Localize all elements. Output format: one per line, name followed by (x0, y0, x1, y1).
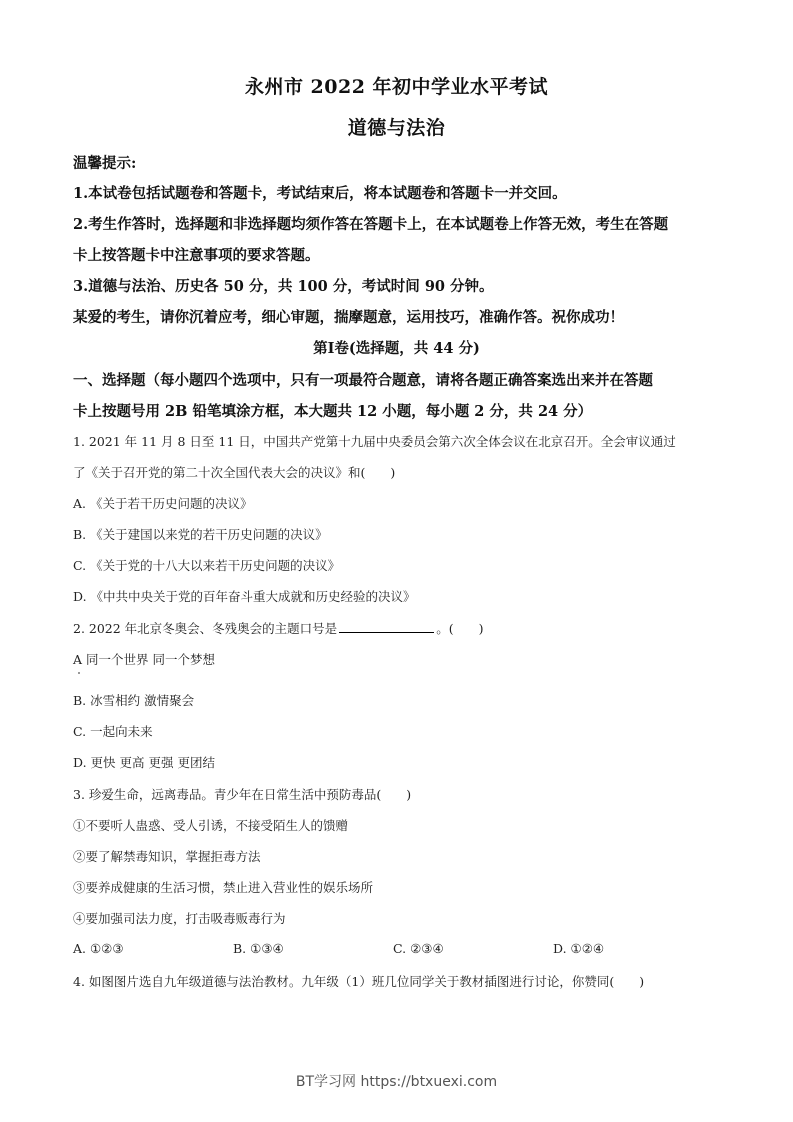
footer-watermark: BT学习网 https://btxuexi.com (0, 1071, 793, 1091)
q2-option-c: C. 一起向未来 (73, 722, 153, 740)
q2-stem-after: 。( ) (436, 621, 483, 636)
q1-stem-line1: 1. 2021 年 11 月 8 日至 11 日，中国共产党第十九届中央委员会第… (73, 432, 676, 450)
notice-item-1: 1.本试卷包括试题卷和答题卡，考试结束后，将本试题卷和答题卡一并交回。 (73, 182, 567, 203)
fill-in-blank (339, 618, 434, 633)
notice-item-2-cont: 卡上按答题卡中注意事项的要求答题。 (73, 244, 320, 265)
exam-title: 永州市 2022 年初中学业水平考试 (0, 72, 793, 99)
q2-option-d: D. 更快 更高 更强 更团结 (73, 753, 215, 771)
q1-stem-line2: 了《关于召开党的第二十次全国代表大会的决议》和( ) (73, 463, 395, 481)
q3-statement-1: ①不要听人蛊惑、受人引诱，不接受陌生人的馈赠 (73, 816, 348, 834)
q4-stem: 4. 如图图片选自九年级道德与法治教材。九年级（1）班几位同学关于教材插图进行讨… (73, 972, 644, 990)
q3-option-a: A. ①②③ (73, 941, 233, 956)
q2-stem-before: 2. 2022 年北京冬奥会、冬残奥会的主题口号是 (73, 621, 337, 636)
subject-title: 道德与法治 (0, 113, 793, 140)
part1-title: 第Ⅰ卷(选择题，共 44 分) (0, 337, 793, 358)
notice-heading: 温馨提示: (73, 152, 136, 173)
q3-stem: 3. 珍爱生命，远离毒品。青少年在日常生活中预防毒品( ) (73, 785, 411, 803)
q3-statement-3: ③要养成健康的生活习惯，禁止进入营业性的娱乐场所 (73, 878, 373, 896)
q1-option-b: B. 《关于建国以来党的若干历史问题的决议》 (73, 525, 328, 543)
q2-stem: 2. 2022 年北京冬奥会、冬残奥会的主题口号是。( ) (73, 618, 483, 637)
q1-option-c: C. 《关于党的十八大以来若干历史问题的决议》 (73, 556, 340, 574)
q3-statement-4: ④要加强司法力度，打击吸毒贩毒行为 (73, 909, 286, 927)
section-heading-line2: 卡上按题号用 2B 铅笔填涂方框，本大题共 12 小题，每小题 2 分，共 24… (73, 400, 592, 421)
q2-option-a: A 同一个世界 同一个梦想 (73, 650, 215, 668)
notice-item-2: 2.考生作答时，选择题和非选择题均须作答在答题卡上，在本试题卷上作答无效，考生在… (73, 213, 668, 234)
stray-mark (78, 672, 80, 674)
q3-option-d: D. ①②④ (553, 941, 713, 956)
q3-statement-2: ②要了解禁毒知识，掌握拒毒方法 (73, 847, 261, 865)
q1-option-d: D. 《中共中央关于党的百年奋斗重大成就和历史经验的决议》 (73, 587, 416, 605)
encouragement: 某爱的考生，请你沉着应考，细心审题，揣摩题意，运用技巧，准确作答。祝你成功！ (73, 306, 624, 327)
notice-item-3: 3.道德与法治、历史各 50 分，共 100 分，考试时间 90 分钟。 (73, 275, 494, 296)
q3-option-c: C. ②③④ (393, 941, 553, 956)
exam-page: 永州市 2022 年初中学业水平考试 道德与法治 温馨提示: 1.本试卷包括试题… (0, 0, 793, 1122)
q3-options: A. ①②③ B. ①③④ C. ②③④ D. ①②④ (73, 941, 713, 956)
q1-option-a: A. 《关于若干历史问题的决议》 (73, 494, 252, 512)
section-heading-line1: 一、选择题（每小题四个选项中，只有一项最符合题意，请将各题正确答案选出来并在答题 (73, 369, 653, 390)
q2-option-b: B. 冰雪相约 激情聚会 (73, 691, 194, 709)
q3-option-b: B. ①③④ (233, 941, 393, 956)
